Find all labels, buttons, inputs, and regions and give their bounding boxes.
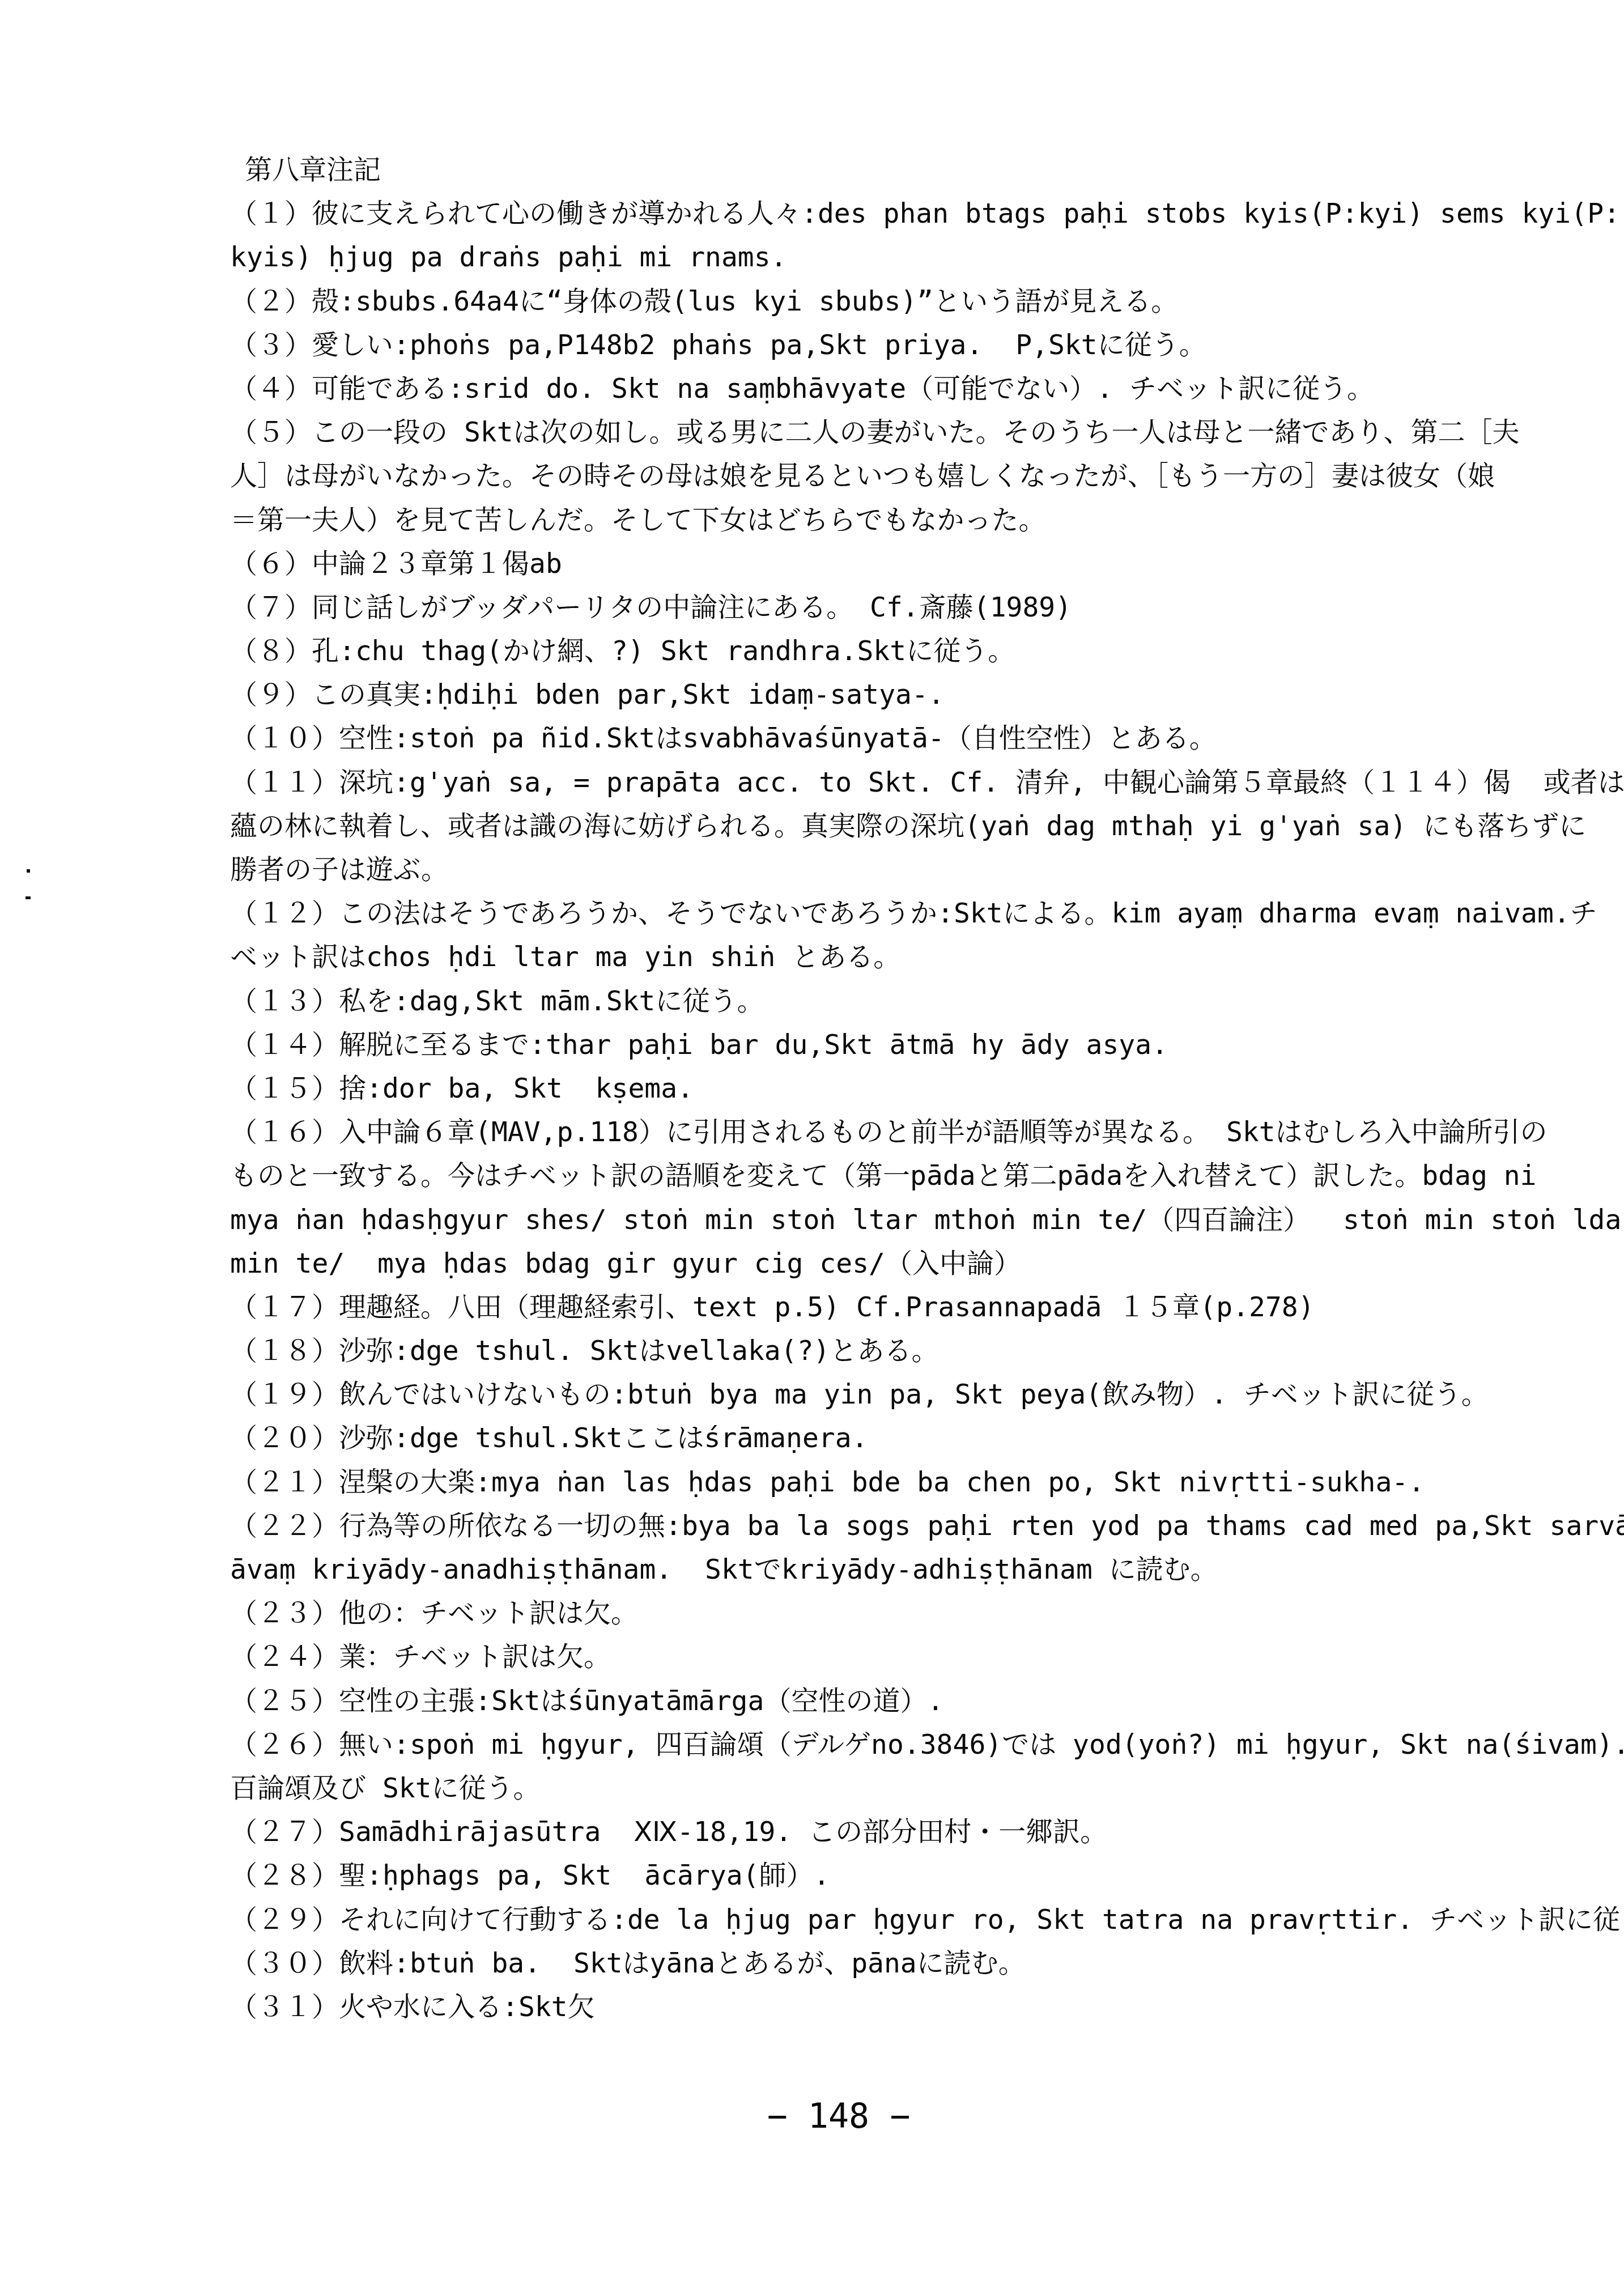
scan-speck	[27, 869, 30, 873]
note-line: （１２）この法はそうであろうか、そうでないであろうか:Sktによる。kim ay…	[230, 892, 1624, 936]
note-line: （２０）沙弥:dge tshul.Sktここはśrāmaṇera.	[230, 1417, 1624, 1460]
scanned-page: 第八章注記 （１）彼に支えられて心の働きが導かれる人々:des phan bta…	[0, 0, 1624, 2296]
note-line: （２８）聖:ḥphags pa, Skt ācārya(師）.	[230, 1854, 1624, 1898]
note-line: （１９）飲んではいけないもの:btuṅ bya ma yin pa, Skt p…	[230, 1373, 1624, 1417]
note-line: （１１）深坑:g'yaṅ sa, = prapāta acc. to Skt. …	[230, 761, 1624, 805]
note-line: （１３）私を:dag,Skt mām.Sktに従う。	[230, 980, 1624, 1023]
note-line: （２１）涅槃の大楽:mya ṅan las ḥdas paḥi bde ba c…	[230, 1461, 1624, 1504]
note-line: （２７）Samādhirājasūtra ⅩⅨ-18,19. この部分田村・一郷…	[230, 1810, 1624, 1854]
note-line: 人］は母がいなかった。その時その母は娘を見るといつも嬉しくなったが、［もう一方の…	[230, 454, 1624, 498]
note-line: kyis) ḥjug pa draṅs paḥi mi rnams.	[230, 236, 1624, 279]
note-line: （１８）沙弥:dge tshul. Sktはvellaka(?)とある。	[230, 1329, 1624, 1373]
notes-section: 第八章注記 （１）彼に支えられて心の働きが導かれる人々:des phan bta…	[230, 148, 1624, 2029]
note-line: （２２）行為等の所依なる一切の無:bya ba la sogs paḥi rte…	[230, 1504, 1624, 1548]
note-line: （２５）空性の主張:Sktはśūnyatāmārga（空性の道）.	[230, 1680, 1624, 1723]
note-line: （２９）それに向けて行動する:de la ḥjug par ḥgyur ro, …	[230, 1898, 1624, 1942]
section-title: 第八章注記	[230, 148, 1624, 192]
note-line: （２６）無い:spoṅ mi ḥgyur, 四百論頌（デルゲno.3846)では…	[230, 1723, 1624, 1767]
note-line: （１４）解脱に至るまで:thar paḥi bar du,Skt ātmā hy…	[230, 1023, 1624, 1067]
note-line: （４）可能である:srid do. Skt na saṃbhāvyate（可能で…	[230, 367, 1624, 411]
note-line: （１６）入中論６章(MAV,p.118）に引用されるものと前半が語順等が異なる。…	[230, 1111, 1624, 1154]
note-line: （９）この真実:ḥdiḥi bden par,Skt idaṃ-satya-.	[230, 673, 1624, 717]
note-line: （１５）捨:dor ba, Skt kṣema.	[230, 1067, 1624, 1111]
note-line: （３０）飲料:btuṅ ba. Sktはyānaとあるが、pānaに読む。	[230, 1942, 1624, 1985]
note-line: min te/ mya ḥdas bdag gir gyur cig ces/（…	[230, 1242, 1624, 1286]
note-line: （１）彼に支えられて心の働きが導かれる人々:des phan btags paḥ…	[230, 192, 1624, 236]
note-line: （８）孔:chu thag(かけ網、?) Skt randhra.Sktに従う。	[230, 630, 1624, 673]
note-line: （７）同じ話しがブッダパーリタの中論注にある。 Cf.斎藤(1989)	[230, 586, 1624, 630]
note-line: āvaṃ kriyādy-anadhiṣṭhānam. Sktでkriyādy-…	[230, 1548, 1624, 1592]
note-line: （３１）火や水に入る:Skt欠	[230, 1985, 1624, 2029]
note-line: （３）愛しい:phoṅs pa,P148b2 phaṅs pa,Skt priy…	[230, 324, 1624, 367]
note-line: 百論頌及び Sktに従う。	[230, 1767, 1624, 1810]
note-line: （２）殻:sbubs.64a4に“身体の殻(lus kyi sbubs)”という…	[230, 280, 1624, 324]
note-line: ベット訳はchos ḥdi ltar ma yin shiṅ とある。	[230, 936, 1624, 979]
note-line: （２３）他の：チベット訳は欠。	[230, 1592, 1624, 1635]
note-line: （２４）業：チベット訳は欠。	[230, 1635, 1624, 1679]
note-line: （５）この一段の Sktは次の如し。或る男に二人の妻がいた。そのうち一人は母と一…	[230, 411, 1624, 454]
note-line: 蘊の林に執着し、或者は識の海に妨げられる。真実際の深坑(yaṅ dag mtha…	[230, 805, 1624, 848]
note-line: mya ṅan ḥdasḥgyur shes/ stoṅ min stoṅ lt…	[230, 1198, 1624, 1242]
note-line: ＝第一夫人）を見て苦しんだ。そして下女はどちらでもなかった。	[230, 499, 1624, 542]
page-number: − 148 −	[765, 2091, 912, 2142]
note-line: ものと一致する。今はチベット訳の語順を変えて（第一pādaと第二pādaを入れ替…	[230, 1154, 1624, 1198]
note-line: （１０）空性:stoṅ pa ñid.Sktはsvabhāvaśūnyatā-（…	[230, 717, 1624, 760]
scan-speck	[25, 896, 31, 899]
note-line: 勝者の子は遊ぶ。	[230, 848, 1624, 892]
note-line: （１７）理趣経。八田（理趣経索引、text p.5) Cf.Prasannapa…	[230, 1286, 1624, 1329]
note-line: （６）中論２３章第１偈ab	[230, 542, 1624, 586]
